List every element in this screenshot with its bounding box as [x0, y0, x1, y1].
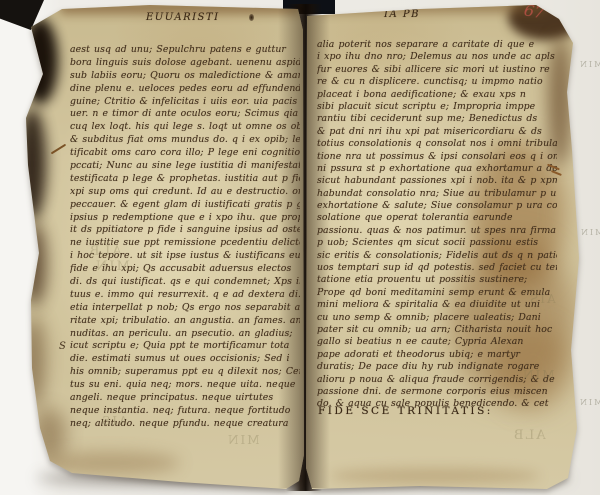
manuscript-text-line: alia poterit nos separare a caritate di …: [317, 39, 557, 51]
running-header-right: IA PB: [384, 9, 420, 20]
manuscript-text-line: pater sit cu omnib; ua arn; Citharista n…: [317, 324, 557, 336]
manuscript-text-line: alioru p noua & aliqua fraude corrigendi…: [317, 374, 557, 386]
manuscript-text-line: i xpo ihu dno nro; Delemus au nos unde a…: [317, 51, 557, 63]
explicit-rubric: FIDE SCE TRINITATIS:: [318, 405, 493, 417]
manuscript-text-line: re & cu n displicere. cunctisq; u impmo …: [317, 76, 557, 88]
manuscript-text-line: mini meliora & spiritalia & ea diuidite …: [317, 299, 557, 311]
manuscript-text-line: pape adorati et theodorus ubiq; e martyr: [317, 349, 557, 361]
manuscript-text-line: passione dni. de sermone corporis eius m…: [317, 386, 557, 398]
manuscript-text-line: placeat i bona aedificatione; & exau xps…: [317, 89, 557, 101]
manuscript-text-line: uos temptari sup id qd potestis. sed fac…: [317, 262, 557, 274]
manuscript-text-line: fur euores & sibi allicere sic mori ut i…: [317, 64, 557, 76]
manuscript-text-line: habundat consolatio nra; Siue au tribula…: [317, 188, 557, 200]
folio-number: 67: [523, 1, 546, 23]
right-text-block: alia poterit nos separare a caritate di …: [317, 39, 557, 411]
manuscript-text-line: sic eritis & consolationis; Fidelis aut …: [317, 250, 557, 262]
manuscript-text-line: tatione etia prouentu ut possitis sustin…: [317, 274, 557, 286]
manuscript-text-line: p uob; Scientes qm sicut socii passionu …: [317, 237, 557, 249]
manuscript-text-line: rantiu tibi ceciderunt sup me; Benedictu…: [317, 113, 557, 125]
manuscript-text-line: sicut habundant passiones xpi i nob. ita…: [317, 175, 557, 187]
right-page-wrap: IA PB 67 alia poterit nos separare a car…: [0, 0, 600, 495]
manuscript-text-line: duratis; De pace diu hy rub indignate ro…: [317, 361, 557, 373]
top-edge-browning: [316, 0, 546, 13]
manuscript-text-line: sibi placuit sicut scriptu e; Impropria …: [317, 101, 557, 113]
right-page: IA PB 67 alia poterit nos separare a car…: [0, 0, 600, 495]
manuscript-text-line: exhortatione & salute; Siue consolamur p…: [317, 200, 557, 212]
manuscript-text-line: gallo si beatius n ee caute; Cypria Alex…: [317, 336, 557, 348]
manuscript-text-line: tione nra ut possimus & ipsi consolari e…: [317, 151, 557, 163]
bottom-edge-browning: [330, 468, 540, 484]
manuscript-text-line: cu uno semp & omnib; placere ualeatis; D…: [317, 312, 557, 324]
manuscript-text-line: & pat dni nri ihu xpi pat misericordiaru…: [317, 126, 557, 138]
manuscript-text-line: solatione que operat tolerantia earunde: [317, 212, 557, 224]
manuscript-photo: EUUARISTI aest usq ad unu; Sepulchru pat…: [0, 0, 600, 495]
manuscript-text-line: ni pssura st p exhortatione qua exhortam…: [317, 163, 557, 175]
manuscript-text-line: Prope qd boni meditamini semp erunt & em…: [317, 287, 557, 299]
manuscript-text-line: passionu. quas & nos patimur. ut spes nr…: [317, 225, 557, 237]
manuscript-text-line: totius consolationis q consolat nos i om…: [317, 138, 557, 150]
